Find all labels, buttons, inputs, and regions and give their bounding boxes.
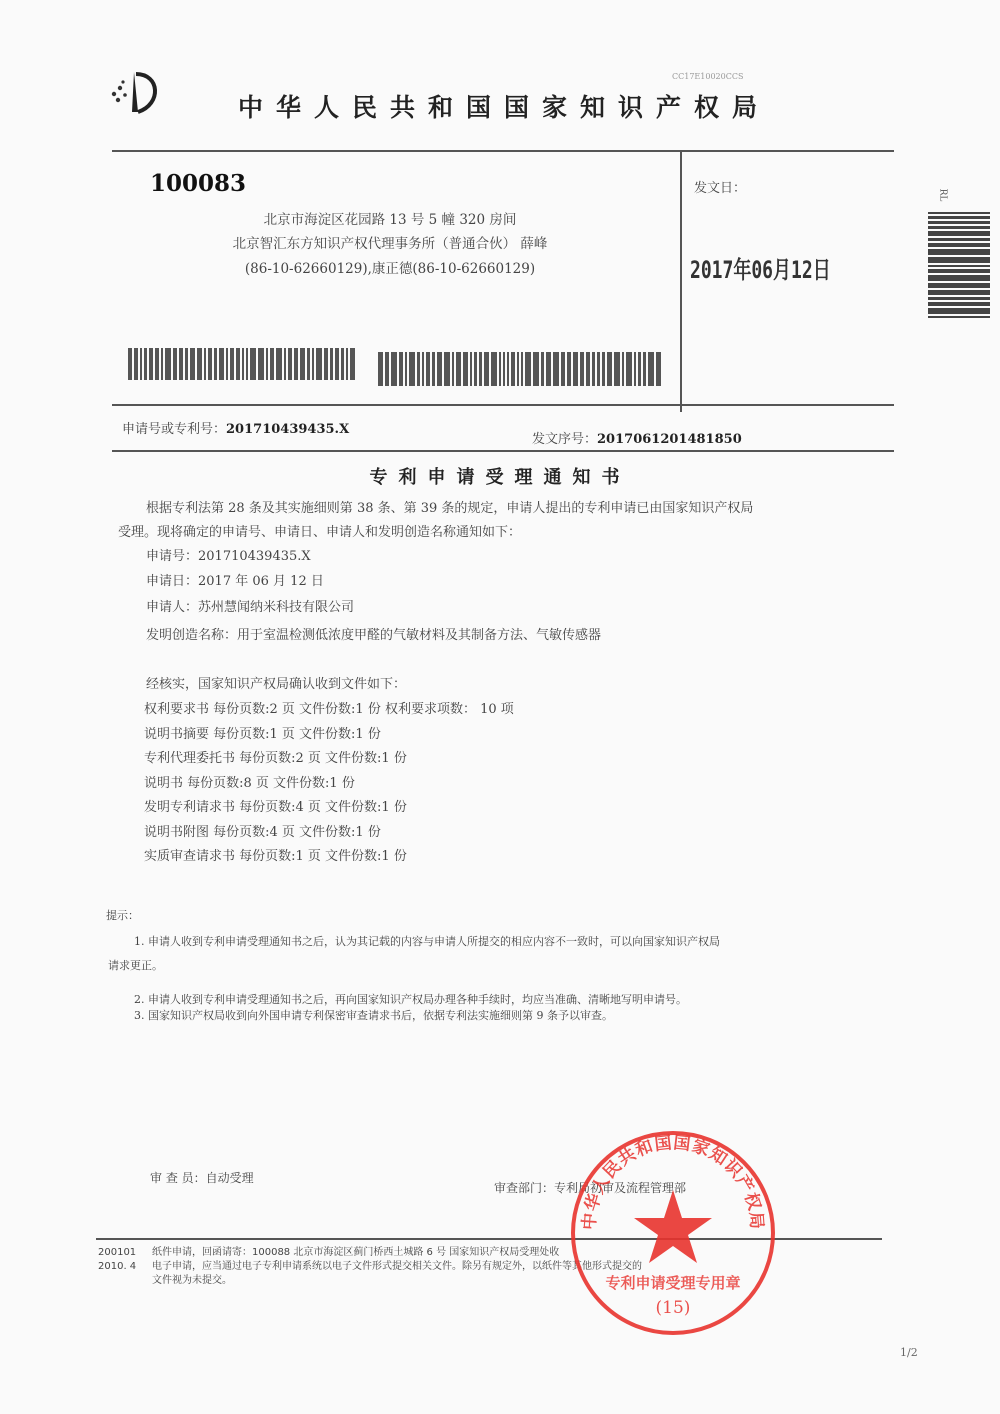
tips-label: 提示：: [106, 904, 139, 927]
serial-number-value: 2017061201481850: [597, 432, 742, 447]
address-line: (86-10-62660129),康正德(86-10-62660129): [190, 257, 590, 277]
field-applicant: 申请人：苏州慧闻纳米科技有限公司: [146, 596, 354, 620]
barcode: [128, 348, 357, 380]
star-icon: [634, 1190, 712, 1263]
field-application-number: 申请号：201710439435.X: [146, 545, 311, 569]
tip-item-continued: 请求更正。: [108, 954, 163, 977]
tip-item: 3. 国家知识产权局收到向外国申请专利保密审查请求书后，依据专利法实施细则第 9…: [134, 1004, 613, 1027]
received-file-row: 权利要求书 每份页数:2 页 文件份数:1 份 权利要求项数： 10 项: [144, 698, 514, 723]
notice-title: 专利申请受理通知书: [0, 463, 1000, 489]
divider: [112, 450, 894, 452]
footer-line: 文件视为未提交。: [152, 1274, 232, 1287]
side-barcode: [928, 212, 990, 300]
serial-number-label: 发文序号：: [532, 432, 597, 447]
footer-line: 纸件申请，回函请寄：100088 北京市海淀区蓟门桥西土城路 6 号 国家知识产…: [152, 1246, 559, 1259]
examiner: 审 查 员：自动受理: [150, 1166, 254, 1190]
application-number-label: 申请号或专利号：: [122, 422, 226, 437]
svg-text:(15): (15): [656, 1298, 691, 1318]
field-value: 201710439435.X: [198, 549, 311, 564]
application-number: 申请号或专利号：201710439435.X: [122, 418, 349, 437]
received-file-row: 实质审查请求书 每份页数:1 页 文件份数:1 份: [144, 845, 514, 870]
field-value: 2017 年 06 月 12 日: [198, 574, 324, 589]
svg-text:专利申请受理专用章: 专利申请受理专用章: [605, 1274, 740, 1292]
header-divider: [112, 150, 894, 152]
field-label: 发明创造名称：: [146, 628, 237, 643]
examiner-label: 审 查 员：: [150, 1171, 206, 1185]
department-label: 审查部门：: [494, 1181, 554, 1195]
tip-item: 1. 申请人收到专利申请受理通知书之后，认为其记载的内容与申请人所提交的相应内容…: [134, 930, 720, 953]
cnipa-logo-icon: [108, 68, 168, 118]
side-barcode-label: RL: [937, 189, 947, 202]
vertical-divider: [680, 150, 682, 412]
field-value: 用于室温检测低浓度甲醛的气敏材料及其制备方法、气敏传感器: [237, 628, 601, 643]
divider: [112, 404, 894, 406]
field-label: 申请人：: [146, 600, 198, 615]
received-file-row: 说明书摘要 每份页数:1 页 文件份数:1 份: [144, 723, 514, 748]
address-line: 北京智汇东方知识产权代理事务所（普通合伙） 薛峰: [190, 232, 590, 252]
field-label: 申请号：: [146, 549, 198, 564]
examiner-value: 自动受理: [206, 1171, 254, 1185]
received-file-row: 发明专利请求书 每份页数:4 页 文件份数:1 份: [144, 796, 514, 821]
field-invention-title: 发明创造名称：用于室温检测低浓度甲醛的气敏材料及其制备方法、气敏传感器: [146, 624, 601, 648]
received-file-row: 说明书 每份页数:8 页 文件份数:1 份: [144, 772, 514, 797]
issue-date: 2017年06月12日: [690, 250, 831, 285]
issue-date-label: 发文日：: [694, 177, 746, 196]
intro-line: 根据专利法第 28 条及其实施细则第 38 条、第 39 条的规定，申请人提出的…: [146, 497, 753, 521]
organization-title: 中华人民共和国国家知识产权局: [238, 88, 770, 124]
form-date: 2010. 4: [98, 1260, 136, 1273]
received-files-list: 权利要求书 每份页数:2 页 文件份数:1 份 权利要求项数： 10 项说明书摘…: [144, 698, 514, 870]
received-file-row: 专利代理委托书 每份页数:2 页 文件份数:1 份: [144, 747, 514, 772]
serial-number: 发文序号：2017061201481850: [532, 428, 742, 447]
address-line: 北京市海淀区花园路 13 号 5 幢 320 房间: [190, 208, 590, 228]
document-code: CC17E10020CCS: [672, 72, 743, 81]
barcode: [378, 352, 663, 386]
intro-line: 受理。现将确定的申请号、申请日、申请人和发明创造名称通知如下：: [118, 521, 521, 545]
page-number: 1/2: [900, 1346, 918, 1359]
application-number-value: 201710439435.X: [226, 422, 349, 437]
form-code: 200101: [98, 1246, 136, 1259]
field-label: 申请日：: [146, 574, 198, 589]
field-value: 苏州慧闻纳米科技有限公司: [198, 600, 354, 615]
received-intro: 经核实，国家知识产权局确认收到文件如下：: [146, 673, 406, 697]
received-file-row: 说明书附图 每份页数:4 页 文件份数:1 份: [144, 821, 514, 846]
official-seal: 中华人民共和国国家知识产权局 专利申请受理专用章 (15): [568, 1128, 778, 1338]
postcode: 100083: [150, 170, 246, 197]
field-application-date: 申请日：2017 年 06 月 12 日: [146, 570, 324, 594]
